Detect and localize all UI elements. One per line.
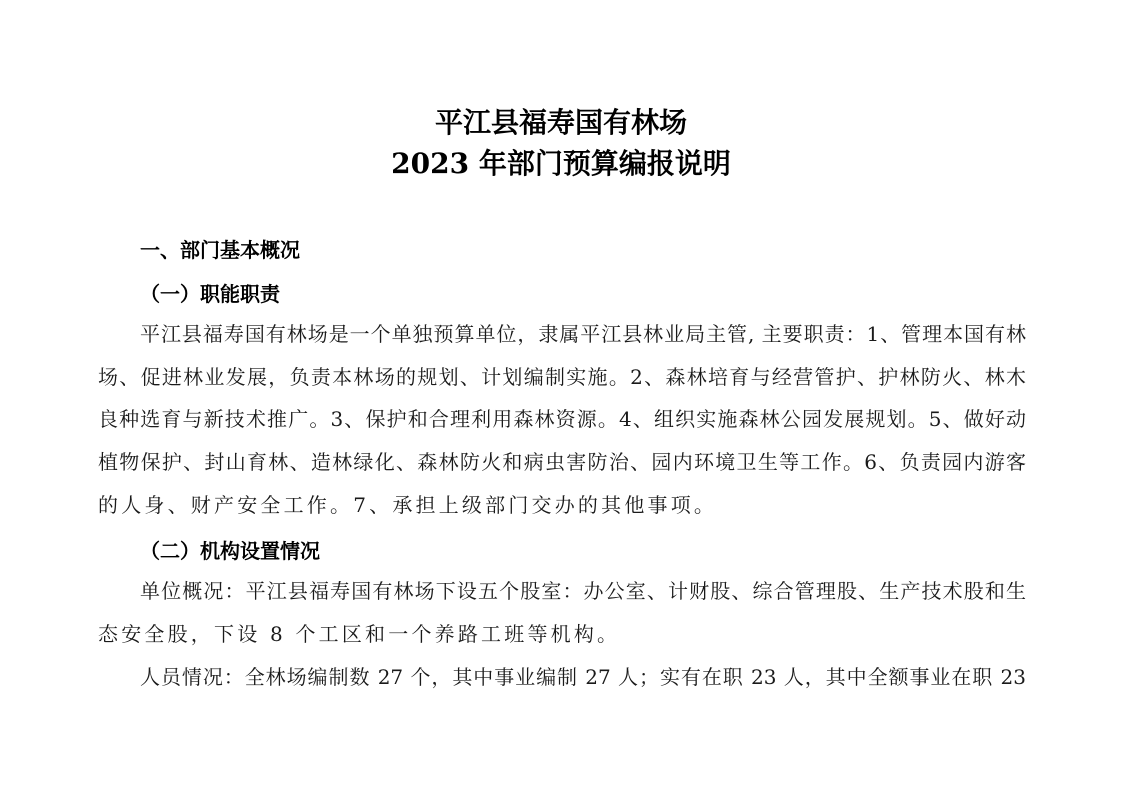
paragraph-line: 良种选育与新技术推广。3、保护和合理利用森林资源。4、组织实施森林公园发展规划。… <box>98 407 1026 431</box>
paragraph-line: 单位概况：平江县福寿国有林场下设五个股室：办公室、计财股、综合管理股、生产技术股… <box>140 579 1026 603</box>
paragraph-line: 的人身、财产安全工作。7、承担上级部门交办的其他事项。 <box>98 493 1026 517</box>
paragraph-line: 人员情况：全林场编制数 27 个，其中事业编制 27 人；实有在职 23 人，其… <box>140 665 1026 689</box>
paragraph-line: 场、促进林业发展，负责本林场的规划、计划编制实施。2、森林培育与经营管护、护林防… <box>98 365 1026 389</box>
paragraph-line: 平江县福寿国有林场是一个单独预算单位，隶属平江县林业局主管, 主要职责：1、管理… <box>140 322 1026 346</box>
paragraph-line: 植物保护、封山育林、造林绿化、森林防火和病虫害防治、园内环境卫生等工作。6、负责… <box>98 450 1026 474</box>
document-title-line2: 2023 年部门预算编报说明 <box>0 142 1122 182</box>
subsection-heading-duties: （一）职能职责 <box>140 278 280 307</box>
document-page: 平江县福寿国有林场 2023 年部门预算编报说明 一、部门基本概况 （一）职能职… <box>0 0 1122 793</box>
paragraph-line: 态安全股，下设 8 个工区和一个养路工班等机构。 <box>98 622 1026 646</box>
section-heading-basic-overview: 一、部门基本概况 <box>140 234 300 263</box>
subsection-heading-organization: （二）机构设置情况 <box>140 535 320 564</box>
document-title-line1: 平江县福寿国有林场 <box>0 101 1122 141</box>
